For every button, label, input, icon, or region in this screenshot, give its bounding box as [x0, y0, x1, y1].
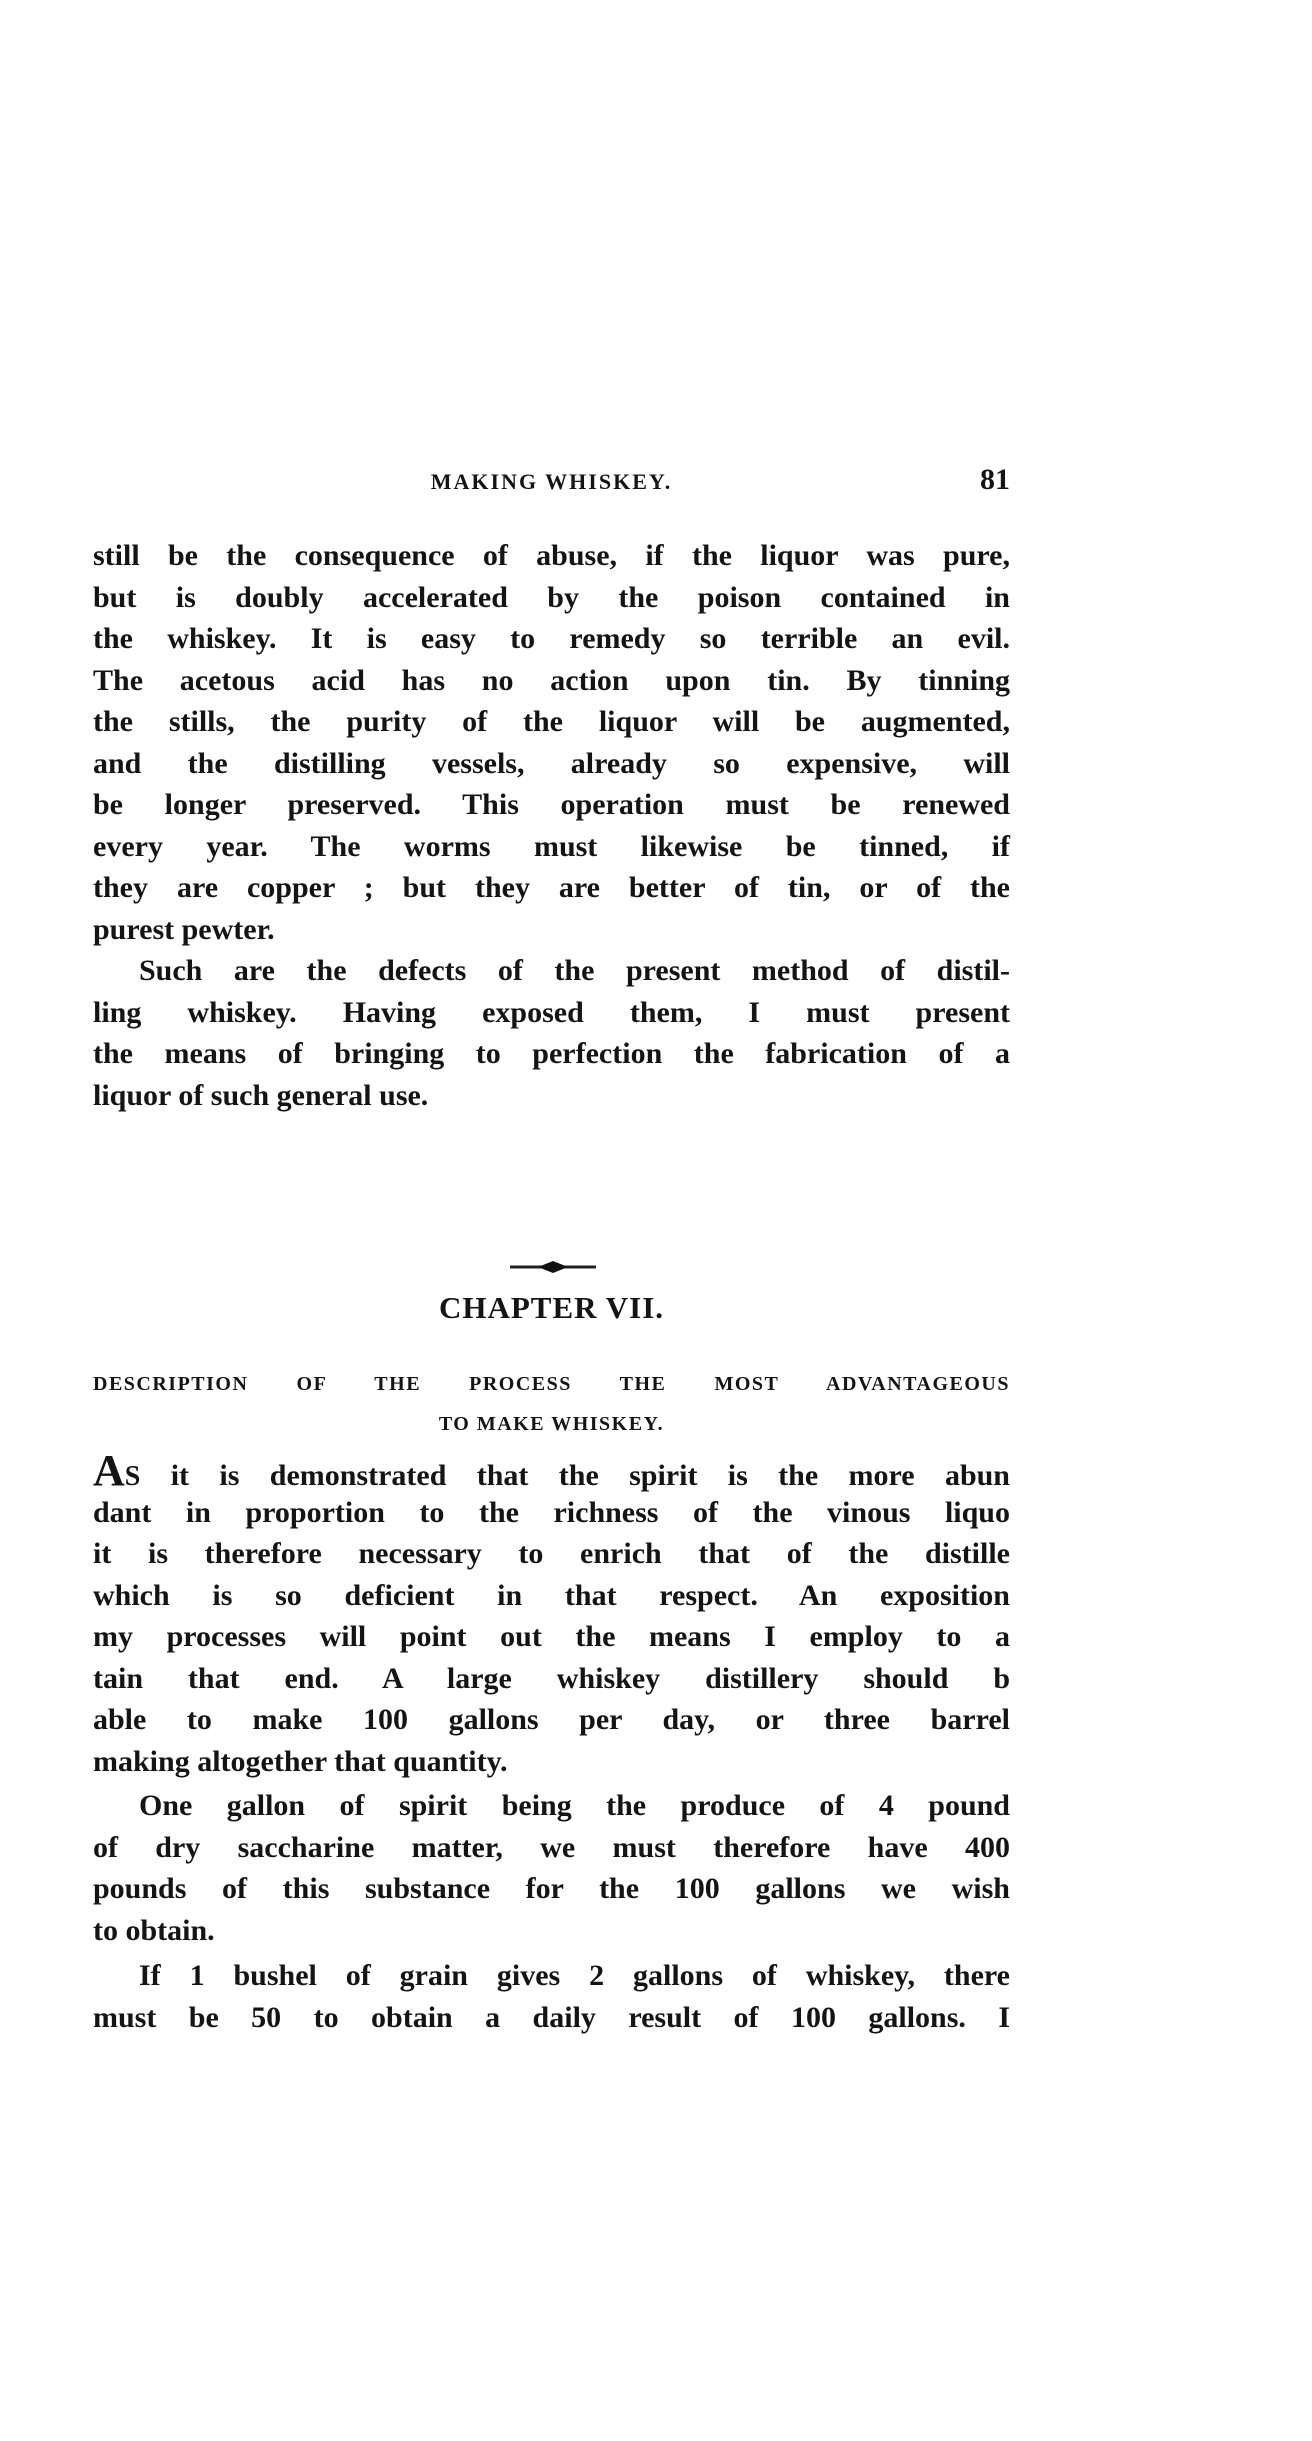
chapter-subtitle: DESCRIPTION OF THE PROCESS THE MOST ADVA…: [93, 1364, 1010, 1444]
drop-cap: A: [93, 1446, 125, 1495]
running-head: MAKING WHISKEY. 81: [93, 463, 1010, 503]
text-line: must be 50 to obtain a daily result of 1…: [93, 1997, 1010, 2039]
text-line: the stills, the purity of the liquor wil…: [93, 701, 1010, 743]
chapter-paragraph-3: If 1 bushel of grain gives 2 gallons of …: [93, 1955, 1010, 2038]
text-line: making altogether that quantity.: [93, 1741, 1010, 1783]
text-line: AS it is demonstrated that the spirit is…: [93, 1450, 1010, 1492]
chapter-paragraph-1: AS it is demonstrated that the spirit is…: [93, 1450, 1010, 1782]
text-line: Such are the defects of the present meth…: [93, 950, 1010, 992]
chapter-subtitle-line: TO MAKE WHISKEY.: [439, 1413, 664, 1435]
running-title: MAKING WHISKEY.: [93, 469, 1010, 495]
small-cap: S: [125, 1461, 141, 1492]
text-line: it is therefore necessary to enrich that…: [93, 1533, 1010, 1575]
text-line: able to make 100 gallons per day, or thr…: [93, 1699, 1010, 1741]
paragraph-defects: Such are the defects of the present meth…: [93, 950, 1010, 1116]
text-line: dant in proportion to the richness of th…: [93, 1492, 1010, 1534]
chapter-title: CHAPTER VII.: [93, 1290, 1010, 1326]
chapter-paragraph-2: One gallon of spirit being the produce o…: [93, 1785, 1010, 1951]
book-page: MAKING WHISKEY. 81 still be the conseque…: [0, 0, 1312, 2441]
text-line: still be the consequence of abuse, if th…: [93, 535, 1010, 577]
text-line: the means of bringing to perfection the …: [93, 1033, 1010, 1075]
text-line: they are copper ; but they are better of…: [93, 867, 1010, 909]
text-line: the whiskey. It is easy to remedy so ter…: [93, 618, 1010, 660]
divider-ornament-icon: [510, 1258, 596, 1276]
text-line: liquor of such general use.: [93, 1075, 1010, 1117]
text-line-rest: it is demonstrated that the spirit is th…: [140, 1459, 1010, 1492]
text-line: One gallon of spirit being the produce o…: [93, 1785, 1010, 1827]
text-line: tain that end. A large whiskey distiller…: [93, 1658, 1010, 1700]
text-line: be longer preserved. This operation must…: [93, 784, 1010, 826]
text-line: my processes will point out the means I …: [93, 1616, 1010, 1658]
text-line: If 1 bushel of grain gives 2 gallons of …: [93, 1955, 1010, 1997]
text-line: which is so deficient in that respect. A…: [93, 1575, 1010, 1617]
text-line: of dry saccharine matter, we must theref…: [93, 1827, 1010, 1869]
paragraph-continued: still be the consequence of abuse, if th…: [93, 535, 1010, 950]
text-line: and the distilling vessels, already so e…: [93, 743, 1010, 785]
text-line: but is doubly accelerated by the poison …: [93, 577, 1010, 619]
text-line: purest pewter.: [93, 909, 1010, 951]
text-line: every year. The worms must likewise be t…: [93, 826, 1010, 868]
text-line: to obtain.: [93, 1910, 1010, 1952]
chapter-subtitle-line: DESCRIPTION OF THE PROCESS THE MOST ADVA…: [93, 1364, 1010, 1404]
text-line: ling whiskey. Having exposed them, I mus…: [93, 992, 1010, 1034]
text-line: The acetous acid has no action upon tin.…: [93, 660, 1010, 702]
page-number: 81: [980, 463, 1010, 497]
text-line: pounds of this substance for the 100 gal…: [93, 1868, 1010, 1910]
